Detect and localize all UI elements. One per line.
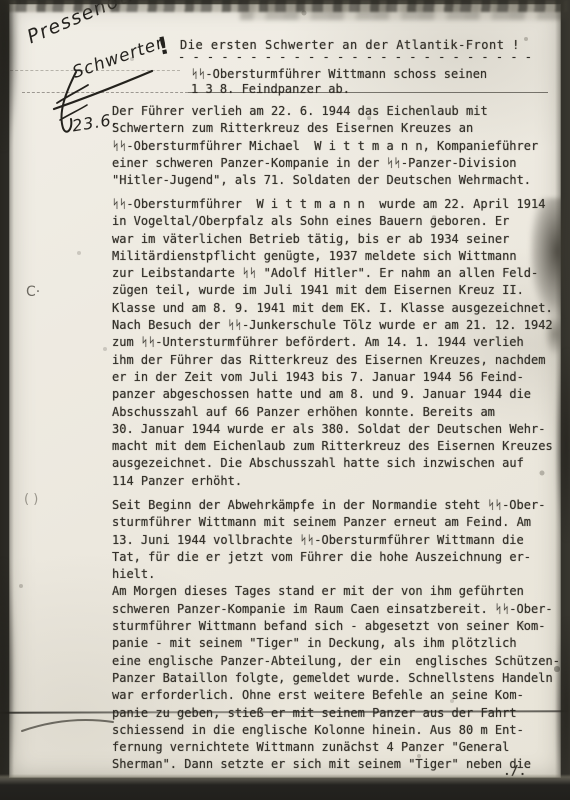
text-line: er in der Zeit vom Juli 1943 bis 7. Janu… [112,369,553,386]
margin-mark-parentheses: ( ) [24,492,38,507]
text-line: in Vogeltal/Oberpfalz als Sohn eines Bau… [112,213,553,230]
scan-edge-bottom [0,774,570,800]
title-separator-dashes: - - - - - - - - - - - - - - - - - - - - … [178,49,532,66]
text-line: Am Morgen dieses Tages stand er mit der … [112,583,560,600]
text-line: 30. Januar 1944 wurde er als 380. Soldat… [112,421,553,438]
text-line: Militärdienstpflicht genügte, 1937 melde… [112,248,553,265]
scan-edge-patch-bottom-right [556,620,570,800]
text-line: macht mit dem Eichenlaub zum Ritterkreuz… [112,438,553,455]
text-line: Nach Besuch der ᛋᛋ-Junkerschule Tölz wur… [112,317,553,334]
text-line: war im väterlichen Betrieb tätig, bis er… [112,231,553,248]
paragraph-normandy-action: Seit Beginn der Abwehrkämpfe in der Norm… [112,497,560,774]
scanned-document-page: Die ersten Schwerter an der Atlantik-Fro… [0,0,570,800]
scan-edge-patch-top-left [0,0,18,150]
text-line: panie - mit seinem "Tiger" in Deckung, a… [112,635,560,652]
text-line: schweren Panzer-Kompanie im Raum Caen ei… [112,601,560,618]
subtitle-line-2: 1 3 8. Feindpanzer ab. [191,81,350,98]
subtitle-underline-left [22,92,188,93]
text-line: Panzer Bataillon folgte, gemeldet wurde.… [112,670,560,687]
text-line: hielt. [112,566,560,583]
scan-edge-patch-bottom-left [0,560,15,800]
text-line: 13. Juni 1944 vollbrachte ᛋᛋ-Obersturmfü… [112,532,560,549]
text-line: Schwertern zum Ritterkreuz des Eisernen … [112,120,538,137]
text-line: eine englische Panzer-Abteilung, der ein… [112,653,560,670]
text-line: fernung vernichtete Wittmann zunächst 4 … [112,739,560,756]
text-line: einer schweren Panzer-Kompanie in der ᛋᛋ… [112,155,538,172]
text-line: ihm der Führer das Ritterkreuz des Eiser… [112,352,553,369]
text-line: ᛋᛋ-Obersturmführer Michael W i t t m a n… [112,138,538,155]
text-line: panie zu geben, stieß er mit seinem Panz… [112,705,560,722]
margin-mark-c: C· [26,284,40,300]
text-line: Seit Beginn der Abwehrkämpfe in der Norm… [112,497,560,514]
text-line: war erforderlich. Ohne erst weitere Befe… [112,687,560,704]
text-line: Abschusszahl auf 66 Panzer erhöhen konnt… [112,404,553,421]
scan-edge-top [0,0,570,12]
scan-edge-patch-mid-right [556,350,570,540]
text-line: zur Leibstandarte ᛋᛋ "Adolf Hitler". Er … [112,265,553,282]
text-line: Tat, für die er jetzt vom Führer die hoh… [112,549,560,566]
text-line: Klasse und am 8. 9. 1941 mit dem EK. I. … [112,300,553,317]
text-line: sturmführer Wittmann mit seinem Panzer e… [112,514,560,531]
text-line: zügen teil, wurde im Juli 1941 mit dem E… [112,282,553,299]
subtitle-underline [188,92,548,93]
text-line: Der Führer verlieh am 22. 6. 1944 das Ei… [112,103,538,120]
paragraph-biography: ᛋᛋ-Obersturmführer W i t t m a n n wurde… [112,196,553,490]
text-line: "Hitler-Jugend", als 71. Soldaten der De… [112,172,538,189]
text-line: schiessend in die englische Kolonne hine… [112,722,560,739]
text-line: 114 Panzer erhöht. [112,473,553,490]
paragraph-award: Der Führer verlieh am 22. 6. 1944 das Ei… [112,103,538,189]
text-line: Sherman". Dann setzte er sich mit seinem… [112,756,560,773]
text-line: panzer abgeschossen hatte und am 8. und … [112,386,553,403]
text-line: zum ᛋᛋ-Untersturmführer befördert. Am 14… [112,334,553,351]
text-line: ausgezeichnet. Die Abschusszahl hatte si… [112,455,553,472]
text-line: ᛋᛋ-Obersturmführer W i t t m a n n wurde… [112,196,553,213]
text-line: sturmführer Wittmann befand sich - abges… [112,618,560,635]
